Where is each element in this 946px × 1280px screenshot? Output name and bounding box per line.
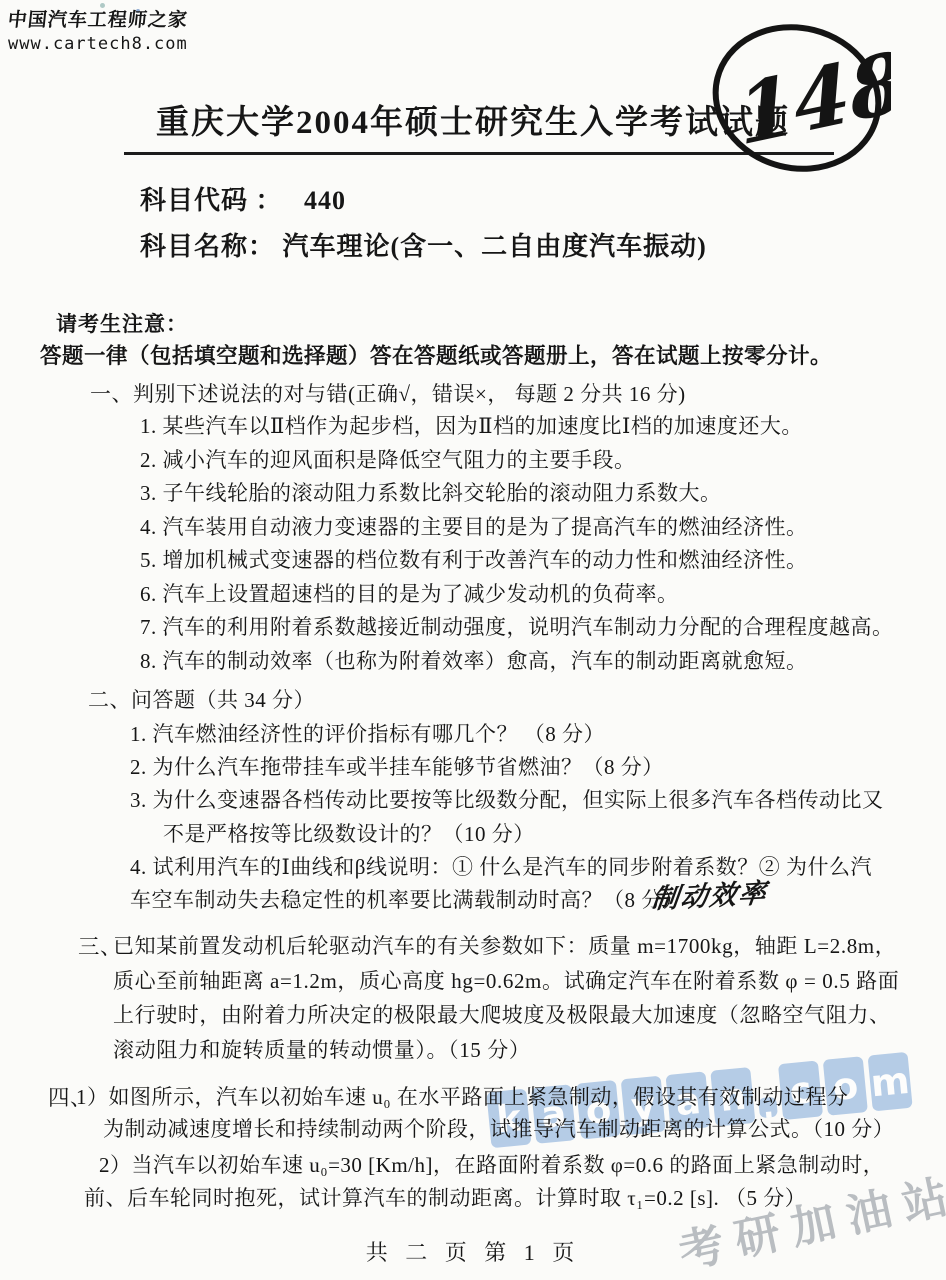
subject-name-label: 科目名称： — [140, 232, 275, 261]
problem-line: 已知某前置发动机后轮驱动汽车的有关参数如下：质量 m=1700kg，轴距 L=2… — [113, 929, 899, 964]
subject-name-value: 汽车理论(含一、二自由度汽车振动) — [283, 232, 707, 261]
watermark-slogan-char: 油 — [840, 1172, 898, 1245]
logo-site-url: www.cartech8.com — [8, 34, 188, 54]
problem-line: 滚动阻力和旋转质量的转动惯量）。（15 分） — [113, 1033, 899, 1068]
question-line-wrap: 不是严格按等比级数设计的？（10 分） — [130, 818, 884, 851]
question-line: 3. 为什么变速器各档传动比要按等比级数分配，但实际上很多汽车各档传动比又 — [130, 784, 884, 817]
true-false-item: 7. 汽车的利用附着系数越接近制动强度，说明汽车制动力分配的合理程度越高。 — [140, 611, 894, 645]
page-footer: 共 二 页 第 1 页 — [0, 1236, 946, 1267]
problem-line: 上行驶时，由附着力所决定的极限最大爬坡度及极限最大加速度（忽略空气阻力、 — [113, 998, 899, 1033]
handwritten-score-circle: 148 — [703, 14, 891, 184]
true-false-item: 8. 汽车的制动效率（也称为附着效率）愈高，汽车的制动距离就愈短。 — [140, 645, 894, 679]
problem-line: 前、后车轮同时抱死，试计算汽车的制动距离。计算时取 τ₁=0.2 [s]. （5… — [84, 1182, 806, 1212]
handwritten-score-number: 148 — [733, 33, 891, 164]
section2-questions: 1. 汽车燃油经济性的评价指标有哪几个？ （8 分） 2. 为什么汽车拖带挂车或… — [130, 718, 884, 917]
cartech8-logo: 中国汽车工程师之家 www.cartech8.com — [8, 5, 188, 54]
notice-heading: 请考生注意： — [56, 308, 188, 338]
question-line: 4. 试利用汽车的Ⅰ曲线和β线说明：① 什么是汽车的同步附着系数？② 为什么汽 — [130, 851, 884, 884]
true-false-item: 6. 汽车上设置超速档的目的是为了减少发动机的负荷率。 — [140, 578, 894, 612]
section2-heading: 二、问答题（共 34 分） — [88, 684, 315, 714]
question-line: 2. 为什么汽车拖带挂车或半挂车能够节省燃油？（8 分） — [130, 751, 884, 784]
true-false-item: 2. 减小汽车的迎风面积是降低空气阻力的主要手段。 — [140, 444, 894, 478]
problem-line: 质心至前轴距离 a=1.2m，质心高度 hg=0.62m。试确定汽车在附着系数 … — [113, 964, 899, 999]
problem-line: 2）当汽车以初始车速 u₀=30 [Km/h]，在路面附着系数 φ=0.6 的路… — [99, 1149, 884, 1179]
section1-items: 1. 某些汽车以Ⅱ档作为起步档，因为Ⅱ档的加速度比Ⅰ档的加速度还大。 2. 减小… — [140, 410, 894, 678]
question-line: 1. 汽车燃油经济性的评价指标有哪几个？ （8 分） — [130, 718, 884, 751]
true-false-item: 4. 汽车装用自动液力变速器的主要目的是为了提高汽车的燃油经济性。 — [140, 511, 894, 545]
section1-heading: 一、判别下述说法的对与错(正确√，错误×， 每题 2 分共 16 分) — [90, 378, 686, 408]
true-false-item: 1. 某些汽车以Ⅱ档作为起步档，因为Ⅱ档的加速度比Ⅰ档的加速度还大。 — [140, 410, 894, 444]
notice-body: 答题一律（包括填空题和选择题）答在答题纸或答题册上，答在试题上按零分计。 — [40, 339, 832, 370]
problem-line: 1）如图所示，汽车以初始车速 u₀ 在水平路面上紧急制动，假设其有效制动过程分 — [76, 1081, 848, 1111]
watermark-slogan-char: 站 — [895, 1160, 946, 1233]
handwritten-margin-note: 制动效率 — [650, 871, 771, 916]
subject-code-line: 科目代码 ： 440 — [140, 180, 346, 217]
true-false-item: 3. 子午线轮胎的滚动阻力系数比斜交轮胎的滚动阻力系数大。 — [140, 477, 894, 511]
subject-code-label: 科目代码 ： — [140, 186, 283, 215]
section3-problem: 已知某前置发动机后轮驱动汽车的有关参数如下：质量 m=1700kg，轴距 L=2… — [113, 929, 899, 1067]
problem-line: 为制动减速度增长和持续制动两个阶段，试推导汽车制动距离的计算公式。（10 分） — [103, 1113, 894, 1143]
subject-name-line: 科目名称： 汽车理论(含一、二自由度汽车振动) — [140, 226, 707, 263]
question-line-wrap: 车空车制动失去稳定性的机率要比满载制动时高？（8 分） — [130, 884, 884, 917]
true-false-item: 5. 增加机械式变速器的档位数有利于改善汽车的动力性和燃油经济性。 — [140, 544, 894, 578]
logo-site-name: 中国汽车工程师之家 — [7, 5, 190, 32]
subject-code-value: 440 — [304, 186, 346, 215]
